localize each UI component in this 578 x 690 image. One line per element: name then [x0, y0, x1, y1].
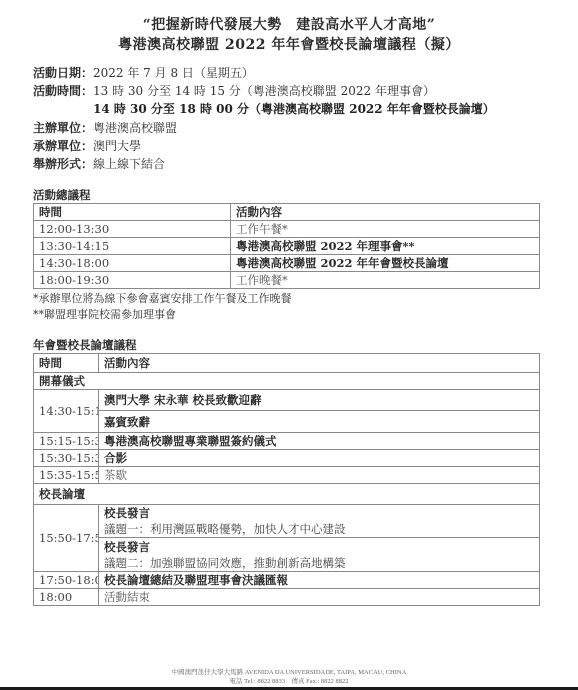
table-row: 15:35-15:50 茶歇 [34, 467, 540, 484]
table-row: 14:30-18:00 粵港澳高校聯盟 2022 年年會暨校長論壇 [34, 255, 540, 272]
forum-time: 15:15-15:30 [34, 433, 99, 450]
info-organizer-value: 澳門大學 [93, 139, 141, 153]
info-time-line2-row: 14 時 30 分至 18 時 00 分（粵港澳高校聯盟 2022 年年會暨校長… [93, 101, 495, 117]
info-organizer-label: 承辦單位： [33, 139, 93, 153]
footer-address: 中國澳門氹仔大學大馬路 AVENIDA DA UNIVERSIDADE, TAI… [0, 667, 578, 676]
info-organizer: 承辦單位：澳門大學 [33, 138, 141, 154]
table-row: 18:00-19:30 工作晚餐* [34, 272, 540, 289]
table-row: 13:30-14:15 粵港澳高校聯盟 2022 年理事會** [34, 238, 540, 255]
table-row: 12:00-13:30 工作午餐* [34, 221, 540, 238]
forum-time: 15:50-17:50 [34, 505, 99, 572]
info-time: 活動時間：13 時 30 分至 14 時 15 分（粵港澳高校聯盟 2022 年… [33, 83, 435, 99]
forum-time: 17:50-18:00 [34, 572, 99, 589]
info-host: 主辦單位：粵港澳高校聯盟 [33, 120, 177, 136]
table-row: 15:30-15:35 合影 [34, 450, 540, 467]
info-format: 舉辦形式：線上線下結合 [33, 156, 165, 172]
forum-col-content: 活動內容 [99, 354, 540, 373]
overview-table: 時間 活動內容 12:00-13:30 工作午餐* 13:30-14:15 粵港… [33, 203, 540, 289]
overview-header-row: 時間 活動內容 [34, 204, 540, 221]
slogan-title: “把握新時代發展大勢 建設高水平人才高地” [0, 14, 578, 34]
table-row: 15:15-15:30 粵港澳高校聯盟專業聯盟簽約儀式 [34, 433, 540, 450]
forum-content: 活動結束 [99, 589, 540, 606]
info-format-label: 舉辦形式： [33, 157, 93, 171]
forum-content: 合影 [99, 450, 540, 467]
overview-note-2: **聯盟理事院校需參加理事會 [33, 306, 176, 322]
forum-content: 粵港澳高校聯盟專業聯盟簽約儀式 [99, 433, 540, 450]
forum-speech-1: 校長發言 議題一：利用灣區戰略優勢，加快人才中心建設 [99, 505, 540, 538]
forum-content: 嘉賓致辭 [99, 411, 540, 433]
overview-content: 工作晚餐* [231, 272, 540, 289]
overview-content: 粵港澳高校聯盟 2022 年年會暨校長論壇 [231, 255, 540, 272]
info-host-value: 粵港澳高校聯盟 [93, 121, 177, 135]
info-date-label: 活動日期： [33, 66, 93, 80]
forum-time: 15:30-15:35 [34, 450, 99, 467]
forum-col-time: 時間 [34, 354, 99, 373]
forum-table: 時間 活動內容 開幕儀式 14:30-15:15 澳門大學 宋永華 校長致歡迎辭… [33, 353, 540, 606]
forum-content: 校長論壇總結及聯盟理事會決議匯報 [99, 572, 540, 589]
section-row-opening: 開幕儀式 [34, 373, 540, 390]
forum-content: 澳門大學 宋永華 校長致歡迎辭 [99, 390, 540, 411]
speech-2-topic: 議題二：加強聯盟協同效應，推動創新高地構築 [104, 555, 534, 571]
info-time-line2: 14 時 30 分至 18 時 00 分（粵港澳高校聯盟 2022 年年會暨校長… [93, 102, 495, 116]
section-opening: 開幕儀式 [34, 373, 540, 390]
footer-contact: 電話 Tel.: 8822 8833 傳真 Fax.: 8822 8822 [0, 676, 578, 685]
forum-time: 14:30-15:15 [34, 390, 99, 433]
forum-time: 18:00 [34, 589, 99, 606]
info-time-label: 活動時間： [33, 84, 93, 98]
info-format-value: 線上線下結合 [93, 157, 165, 171]
speech-2-head: 校長發言 [104, 539, 534, 555]
page-title: 粵港澳高校聯盟 2022 年年會暨校長論壇議程（擬） [0, 34, 578, 54]
table-row: 校長發言 議題二：加強聯盟協同效應，推動創新高地構築 [34, 538, 540, 572]
speech-1-head: 校長發言 [104, 505, 534, 521]
info-host-label: 主辦單位： [33, 121, 93, 135]
overview-content: 工作午餐* [231, 221, 540, 238]
info-time-line1: 13 時 30 分至 14 時 15 分（粵港澳高校聯盟 2022 年理事會） [93, 84, 435, 98]
overview-time: 18:00-19:30 [34, 272, 231, 289]
forum-header-row: 時間 活動內容 [34, 354, 540, 373]
table-row: 嘉賓致辭 [34, 411, 540, 433]
overview-time: 12:00-13:30 [34, 221, 231, 238]
info-date-value: 2022 年 7 月 8 日（星期五） [93, 66, 254, 80]
overview-time: 14:30-18:00 [34, 255, 231, 272]
overview-note-1: *承辦單位將為線下參會嘉賓安排工作午餐及工作晚餐 [33, 290, 292, 306]
speech-1-topic: 議題一：利用灣區戰略優勢，加快人才中心建設 [104, 521, 534, 537]
overview-time: 13:30-14:15 [34, 238, 231, 255]
table-row: 14:30-15:15 澳門大學 宋永華 校長致歡迎辭 [34, 390, 540, 411]
forum-heading: 年會暨校長論壇議程 [33, 337, 137, 353]
table-row: 15:50-17:50 校長發言 議題一：利用灣區戰略優勢，加快人才中心建設 [34, 505, 540, 538]
overview-content: 粵港澳高校聯盟 2022 年理事會** [231, 238, 540, 255]
section-forum: 校長論壇 [34, 484, 540, 505]
table-row: 17:50-18:00 校長論壇總結及聯盟理事會決議匯報 [34, 572, 540, 589]
forum-content: 茶歇 [99, 467, 540, 484]
forum-time: 15:35-15:50 [34, 467, 99, 484]
table-row: 18:00 活動結束 [34, 589, 540, 606]
section-row-forum: 校長論壇 [34, 484, 540, 505]
overview-col-content: 活動內容 [231, 204, 540, 221]
info-date: 活動日期：2022 年 7 月 8 日（星期五） [33, 65, 254, 81]
forum-speech-2: 校長發言 議題二：加強聯盟協同效應，推動創新高地構築 [99, 538, 540, 572]
overview-col-time: 時間 [34, 204, 231, 221]
overview-heading: 活動總議程 [33, 187, 91, 203]
